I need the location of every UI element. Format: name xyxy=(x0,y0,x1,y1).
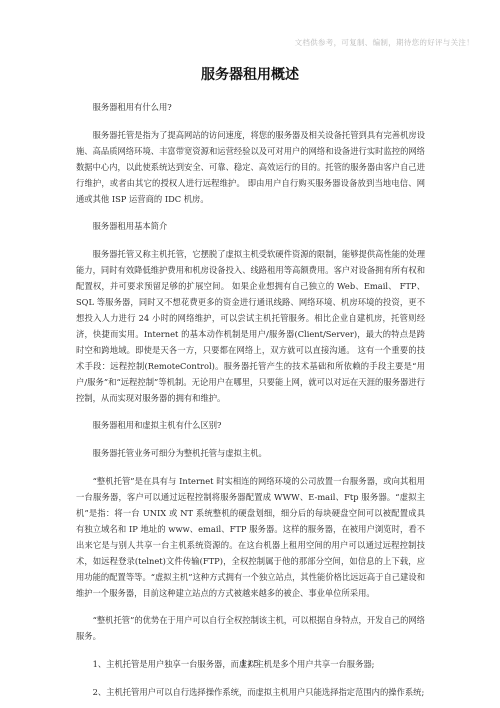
header-note: 文档供参考，可复制、编制，期待您的好评与关注！ xyxy=(295,37,474,48)
section-heading: 服务器租用基本简介 xyxy=(76,219,425,235)
page-number: 1 / 5 xyxy=(0,659,500,668)
document-body: 服务器租用有什么用? 服务器托管是指为了提高网站的访问速度，将您的服务器及相关设… xyxy=(76,100,425,708)
section-heading: 服务器托管业务可细分为整机托管与虚拟主机。 xyxy=(76,446,425,462)
section-heading: 服务器租用有什么用? xyxy=(76,100,425,116)
paragraph: 服务器托管又称主机托管，它摆脱了虚拟主机受软硬件资源的限制，能够提供高性能的处理… xyxy=(76,247,425,406)
paragraph: “整机托管”是在具有与 Internet 时实相连的网络环境的公司放置一台服务器… xyxy=(76,474,425,601)
paragraph: “整机托管”的优势在于用户可以自行全权控制该主机，可以根据自身特点，开发自己的网… xyxy=(76,613,425,645)
paragraph: 服务器托管是指为了提高网站的访问速度，将您的服务器及相关设备托管到具有完善机房设… xyxy=(76,128,425,208)
list-item: 2、主机托管用户可以自行选择操作系统，而虚拟主机用户只能选择指定范围内的操作系统… xyxy=(76,685,425,701)
document-title: 服务器租用概述 xyxy=(0,64,500,84)
section-heading: 服务器租用和虚拟主机有什么区别? xyxy=(76,418,425,434)
